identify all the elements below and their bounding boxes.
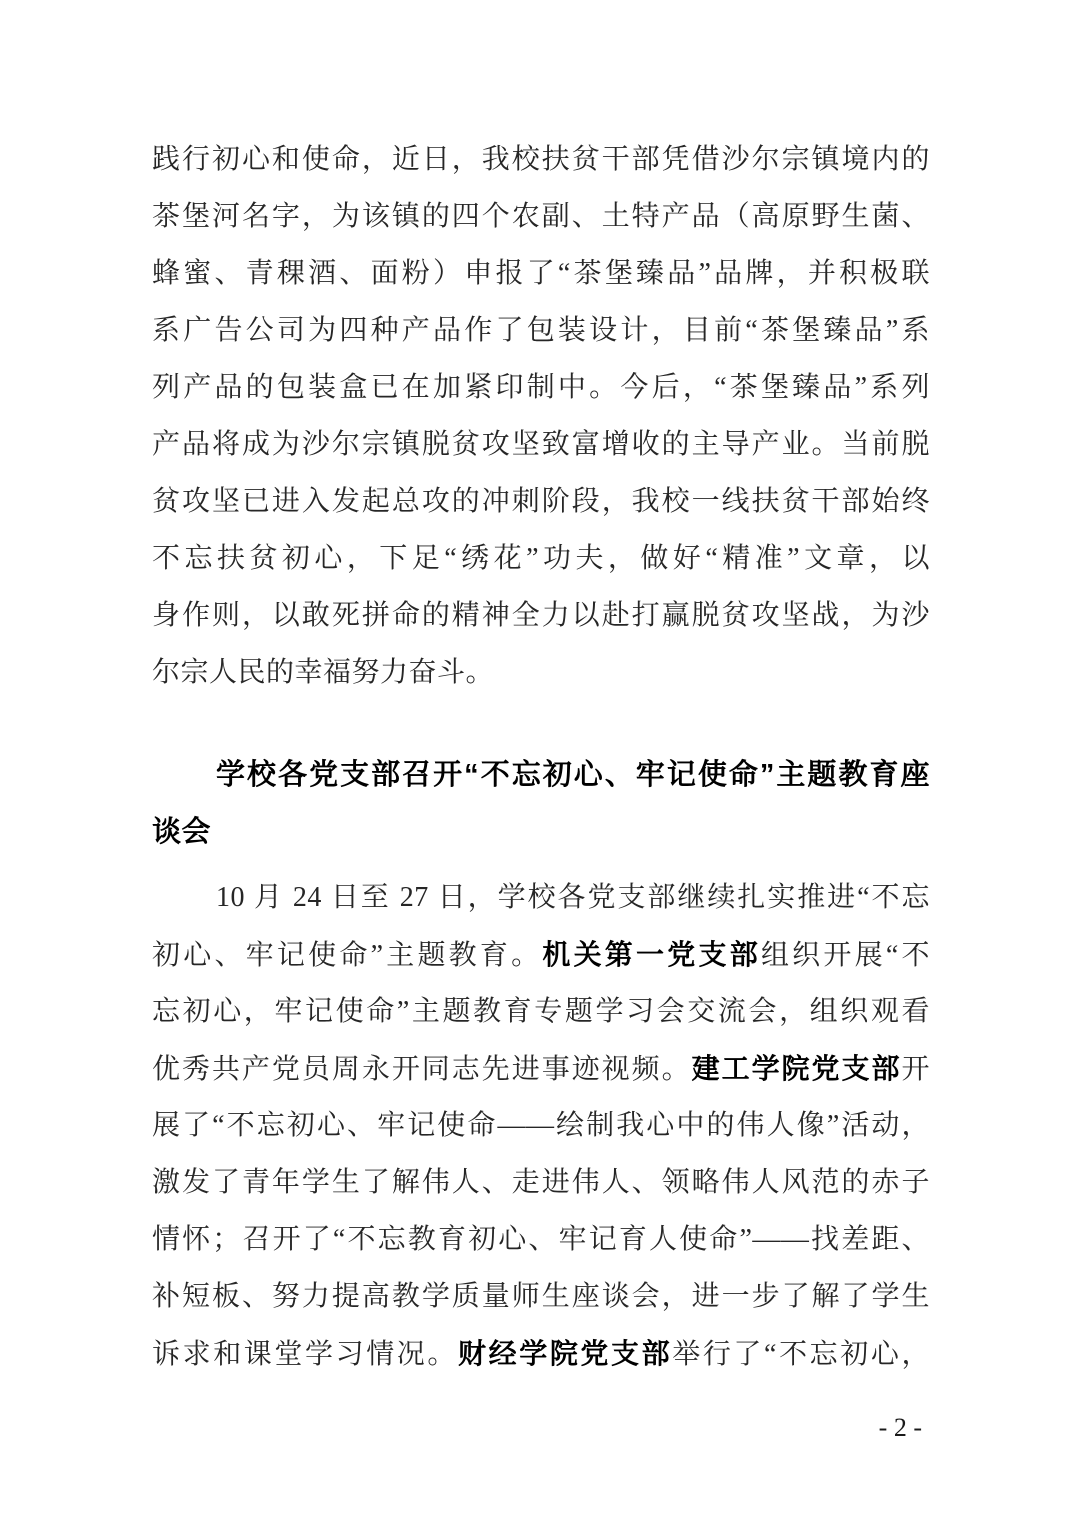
text-line: 激发了青年学生了解伟人、走进伟人、领略伟人风范的赤子 [152,1154,930,1211]
text-line: 列产品的包装盒已在加紧印制中。今后，“茶堡臻品”系列 [152,359,930,416]
text-run: 情怀；召开了“不忘教育初心、牢记育人使命”——找差距、 [152,1224,930,1255]
heading-party-branch-symposium: 学校各党支部召开“不忘初心、牢记使命”主题教育座谈会 [152,747,930,861]
text-line: 尔宗人民的幸福努力奋斗。 [152,644,930,701]
text-line: 学校各党支部召开“不忘初心、牢记使命”主题教育座 [152,747,930,804]
text-line: 蜂蜜、青稞酒、面粉）申报了“茶堡臻品”品牌，并积极联 [152,245,930,302]
text-run: 列产品的包装盒已在加紧印制中。今后，“茶堡臻品”系列 [152,372,930,403]
text-run: 不忘扶贫初心，下足“绣花”功夫，做好“精准”文章，以 [152,543,930,574]
text-run-bold: 谈会 [152,816,211,848]
text-run: 贫攻坚已进入发起总攻的冲刺阶段，我校一线扶贫干部始终 [152,486,930,517]
text-run: 优秀共产党员周永开同志先进事迹视频。 [152,1054,692,1085]
text-line: 贫攻坚已进入发起总攻的冲刺阶段，我校一线扶贫干部始终 [152,473,930,530]
text-run: 产品将成为沙尔宗镇脱贫攻坚致富增收的主导产业。当前脱 [152,429,930,460]
text-line: 系广告公司为四种产品作了包装设计，目前“茶堡臻品”系 [152,302,930,359]
text-line: 谈会 [152,804,930,861]
text-line: 优秀共产党员周永开同志先进事迹视频。建工学院党支部开 [152,1040,930,1097]
text-run: 举行了“不忘初心， [672,1339,930,1370]
text-run: 身作则，以敢死拼命的精神全力以赴打赢脱贫攻坚战，为沙 [152,600,930,631]
text-run: 展了“不忘初心、牢记使命——绘制我心中的伟人像”活动， [152,1110,930,1141]
page-number: - 2 - [879,1408,922,1448]
text-run-bold: 机关第一党支部 [542,939,761,970]
text-line: 身作则，以敢死拼命的精神全力以赴打赢脱贫攻坚战，为沙 [152,587,930,644]
text-line: 践行初心和使命，近日，我校扶贫干部凭借沙尔宗镇境内的 [152,131,930,188]
para-theme-education-activities: 10 月 24 日至 27 日，学校各党支部继续扎实推进“不忘初心、牢记使命”主… [152,869,930,1382]
para-tea-brand-poverty-alleviation: 践行初心和使命，近日，我校扶贫干部凭借沙尔宗镇境内的茶堡河名字，为该镇的四个农副… [152,131,930,701]
text-line: 情怀；召开了“不忘教育初心、牢记育人使命”——找差距、 [152,1211,930,1268]
text-run: 尔宗人民的幸福努力奋斗。 [152,657,494,688]
text-run: 10 月 24 日至 27 日，学校各党支部继续扎实推进“不忘 [216,882,930,913]
text-run: 蜂蜜、青稞酒、面粉）申报了“茶堡臻品”品牌，并积极联 [152,258,930,289]
text-line: 初心、牢记使命”主题教育。机关第一党支部组织开展“不 [152,926,930,983]
text-run: 组织开展“不 [761,940,930,971]
text-run-bold: 学校各党支部召开“不忘初心、牢记使命”主题教育座 [216,759,930,791]
text-run: 忘初心，牢记使命”主题教育专题学习会交流会，组织观看 [152,996,930,1027]
text-line: 茶堡河名字，为该镇的四个农副、土特产品（高原野生菌、 [152,188,930,245]
text-run: 激发了青年学生了解伟人、走进伟人、领略伟人风范的赤子 [152,1167,930,1198]
document-page: 践行初心和使命，近日，我校扶贫干部凭借沙尔宗镇境内的茶堡河名字，为该镇的四个农副… [0,0,1080,1533]
text-run: 诉求和课堂学习情况。 [152,1339,458,1370]
text-run-bold: 建工学院党支部 [692,1053,902,1084]
text-line: 10 月 24 日至 27 日，学校各党支部继续扎实推进“不忘 [152,869,930,926]
text-run: 茶堡河名字，为该镇的四个农副、土特产品（高原野生菌、 [152,201,930,232]
text-line: 产品将成为沙尔宗镇脱贫攻坚致富增收的主导产业。当前脱 [152,416,930,473]
document-body: 践行初心和使命，近日，我校扶贫干部凭借沙尔宗镇境内的茶堡河名字，为该镇的四个农副… [152,131,930,1382]
text-line: 诉求和课堂学习情况。财经学院党支部举行了“不忘初心， [152,1325,930,1382]
text-run: 补短板、努力提高教学质量师生座谈会，进一步了解了学生 [152,1281,930,1312]
text-run: 系广告公司为四种产品作了包装设计，目前“茶堡臻品”系 [152,315,930,346]
text-run: 初心、牢记使命”主题教育。 [152,940,542,971]
text-line: 忘初心，牢记使命”主题教育专题学习会交流会，组织观看 [152,983,930,1040]
text-line: 展了“不忘初心、牢记使命——绘制我心中的伟人像”活动， [152,1097,930,1154]
text-line: 不忘扶贫初心，下足“绣花”功夫，做好“精准”文章，以 [152,530,930,587]
text-run-bold: 财经学院党支部 [458,1338,672,1369]
text-line: 补短板、努力提高教学质量师生座谈会，进一步了解了学生 [152,1268,930,1325]
text-run: 践行初心和使命，近日，我校扶贫干部凭借沙尔宗镇境内的 [152,144,930,175]
text-run: 开 [901,1054,930,1085]
